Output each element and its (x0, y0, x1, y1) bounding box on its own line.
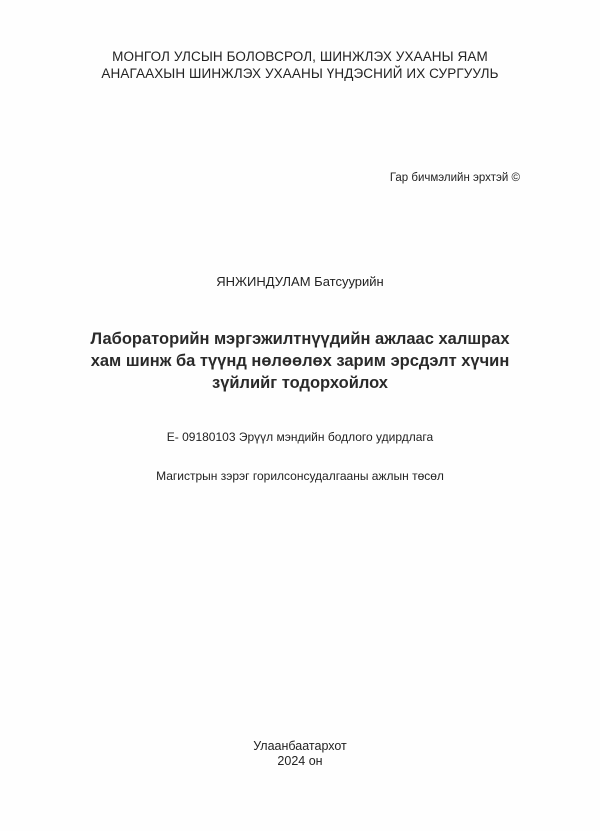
ministry-name: МОНГОЛ УЛСЫН БОЛОВСРОЛ, ШИНЖЛЭХ УХААНЫ Я… (0, 48, 600, 65)
university-name: АНАГААХЫН ШИНЖЛЭХ УХААНЫ ҮНДЭСНИЙ ИХ СУР… (0, 65, 600, 82)
thesis-title: Лабораторийн мэргэжилтнүүдийн ажлаас хал… (0, 328, 600, 394)
title-line-2: хам шинж ба түүнд нөлөөлөх зарим эрсдэлт… (0, 350, 600, 372)
copyright-notice: Гар бичмэлийн эрхтэй © (390, 172, 520, 184)
institution-header: МОНГОЛ УЛСЫН БОЛОВСРОЛ, ШИНЖЛЭХ УХААНЫ Я… (0, 48, 600, 82)
title-line-1: Лабораторийн мэргэжилтнүүдийн ажлаас хал… (0, 328, 600, 350)
document-page: МОНГОЛ УЛСЫН БОЛОВСРОЛ, ШИНЖЛЭХ УХААНЫ Я… (0, 0, 600, 831)
title-line-3: зүйлийг тодорхойлох (0, 372, 600, 394)
author-name: ЯНЖИНДУЛАМ Батсуурийн (0, 274, 600, 289)
city: Улаанбаатархот (0, 739, 600, 754)
place-and-year: Улаанбаатархот 2024 он (0, 739, 600, 769)
work-type: Магистрын зэрэг горилсонсудалгааны ажлын… (0, 469, 600, 483)
specialty-code: E- 09180103 Эрүүл мэндийн бодлого удирдл… (0, 430, 600, 444)
year: 2024 он (0, 754, 600, 769)
